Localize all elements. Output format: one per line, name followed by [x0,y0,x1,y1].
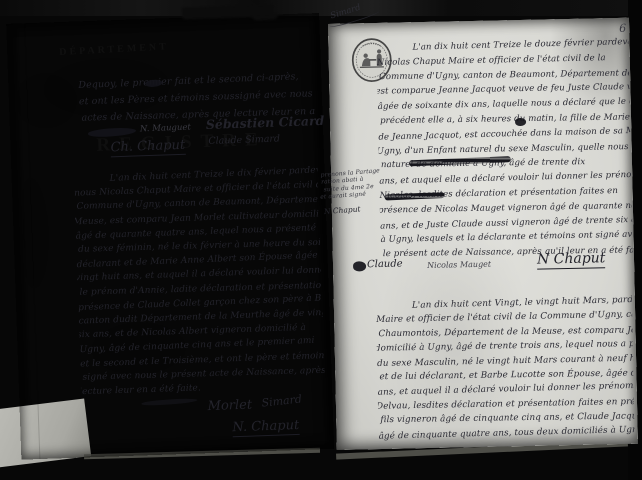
left-page: DÉPARTEMENT REGISTRE Dequoy, le premier … [6,13,334,460]
signature-father-morlet: Morlet [207,398,252,415]
signature-witness-simard: Simard [261,392,302,409]
signature-witness-mauguet: N. Mauguet [140,123,191,135]
stain [14,74,78,128]
marginal-annotation-signature: N Chaput [324,204,361,216]
signature-claude-simard: Claude Simard [208,133,280,146]
ink-blot [353,261,366,271]
signature-sebastien-cicard: Sébastien Cicard [206,113,325,132]
signature-witness-mauget: Nicolas Mauget [427,260,491,270]
struck-out-words [141,398,197,407]
signature-official-n-chaput: N. Chaput [232,418,299,437]
right-birth-act-2-paragraph: L'an dix huit cent Vingt, le vingt huit … [376,294,635,443]
scanned-register-spread: DÉPARTEMENT REGISTRE Dequoy, le premier … [0,0,642,480]
signature-official-chaput: Ch. Chaput [110,138,185,158]
struck-out-name [88,127,136,138]
background-top-band [0,0,642,16]
right-page: 6 L'an dix huit cent Treize le douze fév… [328,18,638,450]
signature-official-n-chaput: N Chaput [537,250,606,269]
marginal-annotation: prenons la Partageration abati àsuite du… [320,167,382,201]
signature-declarant-claude: Claude [367,258,403,270]
left-birth-act-paragraph: L'an dix huit cent Treize le dix février… [73,164,325,400]
ghost-print-departement: DÉPARTEMENT [59,41,169,58]
stain [11,173,53,294]
folio-number: 6 [619,22,626,35]
right-birth-act-1-paragraph: L'an dix huit cent Treize le douze févri… [376,36,633,263]
